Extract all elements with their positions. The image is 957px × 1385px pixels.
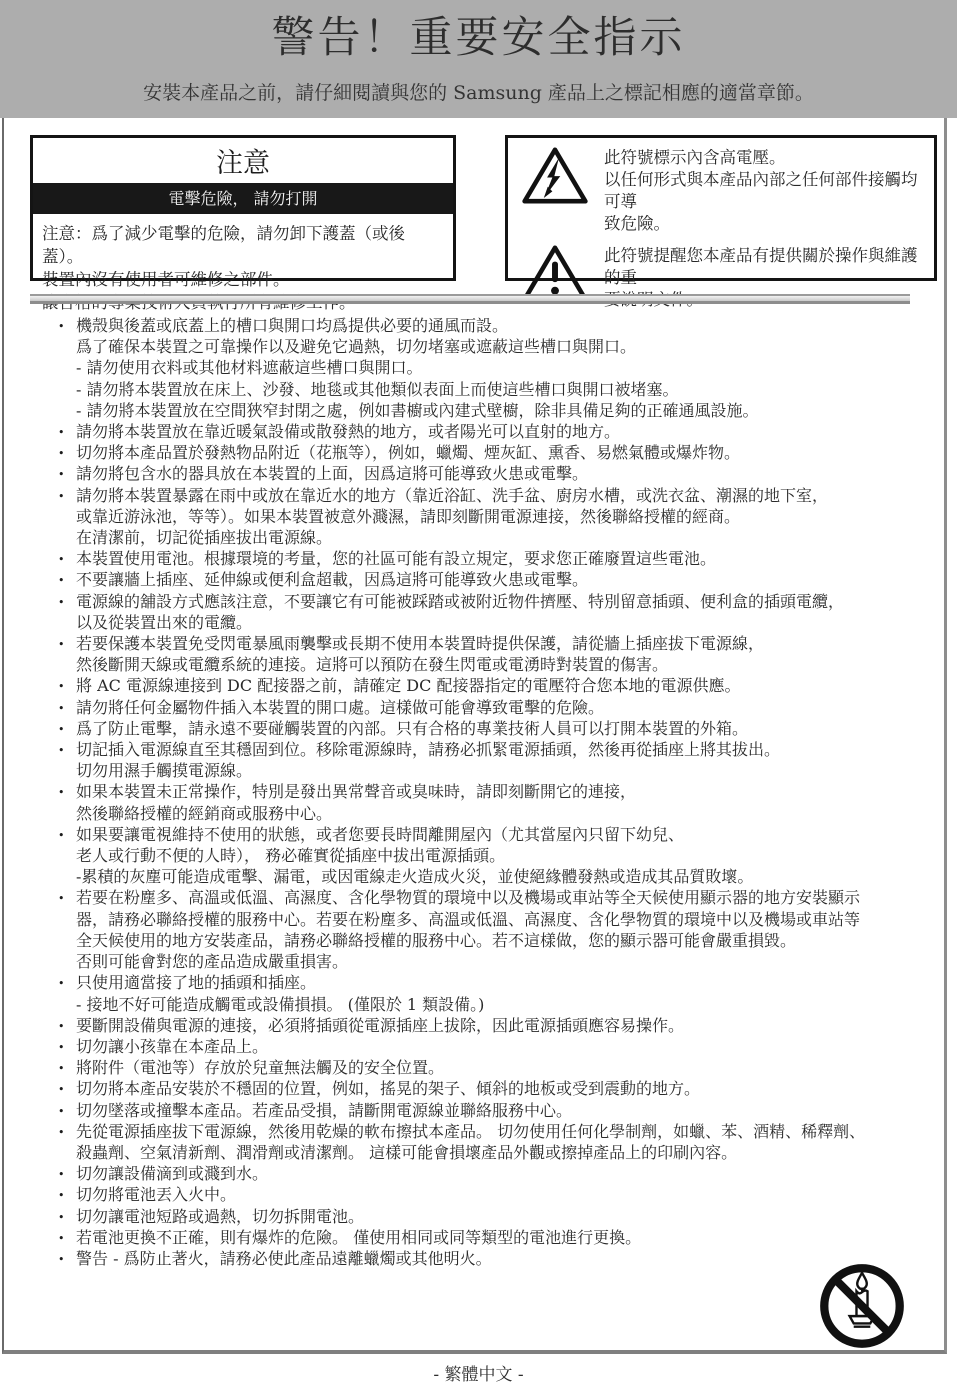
page-subtitle: 安裝本產品之前，請仔細閱讀與您的 Samsung 產品上之標記相應的適當章節。 [0,78,957,105]
list-item-text: 不要讓牆上插座、延伸線或便利盒超載，因爲這將可能導致火患或電擊。 [76,570,588,589]
list-item: •切勿墜落或撞擊本產品。若產品受損，請斷開電源線並聯絡服務中心。 [56,1100,928,1121]
section-divider [30,294,910,304]
bullet-dot: • [58,698,65,719]
list-item: 然後斷開天線或電纜系統的連接。這將可以預防在發生閃電或電湧時對裝置的傷害。 [56,654,928,675]
list-item: •切勿讓電池短路或過熱，切勿拆開電池。 [56,1206,928,1227]
symbol-line: 以任何形式與本產品內部之任何部件接觸均可導 [604,169,924,213]
list-item-text: - 請勿使用衣料或其他材料遮蔽這些槽口與開口。 [76,358,423,377]
content-frame: 注意 電擊危險， 請勿打開 注意：爲了減少電擊的危險，請勿卸下護蓋（或後蓋）。 … [2,118,947,1354]
list-item-text: 請勿將任何金屬物件插入本裝置的開口處。這樣做可能會導致電擊的危險。 [76,698,604,717]
list-item-text: 若要保護本裝置免受閃電暴風雨襲擊或長期不使用本裝置時提供保護，請從牆上插座拔下電… [76,634,764,653]
list-item-text: 然後斷開天線或電纜系統的連接。這將可以預防在發生閃電或電湧時對裝置的傷害。 [76,655,668,674]
bullet-dot: • [58,782,65,803]
list-item: - 接地不好可能造成觸電或設備損損。 (僅限於 1 類設備。) [56,994,928,1015]
list-item-text: 若電池更換不正確，則有爆炸的危險。 僅使用相同或同等類型的電池進行更換。 [76,1228,641,1247]
bullet-dot: • [58,888,65,909]
bullet-dot: • [58,825,65,846]
bullet-dot: • [58,1016,65,1037]
list-item-text: 機殼與後蓋或底蓋上的槽口與開口均爲提供必要的通風而設。 [76,316,508,335]
list-item: •不要讓牆上插座、延伸線或便利盒超載，因爲這將可能導致火患或電擊。 [56,569,928,590]
list-item: 殺蟲劑、空氣清新劑、潤滑劑或清潔劑。 這樣可能會損壞產品外觀或擦掉產品上的印刷內… [56,1142,928,1163]
list-item-text: 如果本裝置未正常操作，特別是發出異常聲音或臭味時，請即刻斷開它的連接， [76,782,636,801]
caution-line: 裝置內沒有使用者可維修之部件。 [42,268,444,291]
bullet-dot: • [58,443,65,464]
bullet-dot: • [58,1101,65,1122]
list-item: •只使用適當接了地的插頭和插座。 [56,972,928,993]
list-item-text: - 接地不好可能造成觸電或設備損損。 (僅限於 1 類設備。) [76,995,484,1014]
bullet-dot: • [58,549,65,570]
list-item-text: 在清潔前，切記從插座拔出電源線。 [76,528,332,547]
list-item-text: 切記插入電源線直至其穩固到位。移除電源線時，請務必抓緊電源插頭，然後再從插座上將… [76,740,780,759]
list-item: •爲了防止電擊，請永遠不要碰觸裝置的內部。只有合格的專業技術人員可以打開本裝置的… [56,718,928,739]
bullet-dot: • [58,973,65,994]
bullet-dot: • [58,592,65,613]
list-item-text: 爲了確保本裝置之可靠操作以及避免它過熱，切勿堵塞或遮蔽這些槽口與開口。 [76,337,636,356]
list-item: - 請勿將本裝置放在床上、沙發、地毯或其他類似表面上而使這些槽口與開口被堵塞。 [56,379,928,400]
list-item-text: 切勿讓設備滴到或濺到水。 [76,1164,268,1183]
list-item: •切勿讓設備滴到或濺到水。 [56,1163,928,1184]
list-item-text: 將 AC 電源線連接到 DC 配接器之前，請確定 DC 配接器指定的電壓符合您本… [76,676,740,695]
list-item-text: 切勿將本產品置於發熱物品附近（花瓶等），例如，蠟燭、煙灰缸、熏香、易燃氣體或爆炸… [76,443,740,462]
list-item: 全天候使用的地方安裝產品，請務必聯絡授權的服務中心。若不這樣做，您的顯示器可能會… [56,930,928,951]
bullet-dot: • [58,1079,65,1100]
bullet-dot: • [58,1207,65,1228]
symbol-line: 此符號提醒您本產品有提供關於操作與維護的重 [604,245,924,289]
list-item-text: 本裝置使用電池。根據環境的考量，您的社區可能有設立規定，要求您正確廢置這些電池。 [76,549,716,568]
bullet-dot: • [58,634,65,655]
list-item-text: 切勿用濕手觸摸電源線。 [76,761,252,780]
list-item-text: 爲了防止電擊，請永遠不要碰觸裝置的內部。只有合格的專業技術人員可以打開本裝置的外… [76,719,748,738]
list-item-text: 警告 - 爲防止著火，請務必使此產品遠離蠟燭或其他明火。 [76,1249,492,1268]
list-item: •將 AC 電源線連接到 DC 配接器之前，請確定 DC 配接器指定的電壓符合您… [56,675,928,696]
list-item-text: 請勿將包含水的器具放在本裝置的上面，因爲這將可能導致火患或電擊。 [76,464,588,483]
list-item-text: 電源線的舖設方式應該注意，不要讓它有可能被踩踏或被附近物件擠壓、特別留意插頭、便… [76,592,844,611]
list-item: •請勿將本裝置放在靠近暖氣設備或散發熱的地方，或者陽光可以直射的地方。 [56,421,928,442]
list-item: •若要在粉塵多、高溫或低溫、高濕度、含化學物質的環境中以及機場或車站等全天候使用… [56,887,928,908]
high-voltage-row: 此符號標示內含高電壓。 以任何形式與本產品內部之任何部件接觸均可導 致危險。 [522,146,924,235]
list-item: -累積的灰塵可能造成電擊、漏電，或因電線走火造成火災，並使絕緣體發熱或造成其品質… [56,866,928,887]
caution-line: 注意：爲了減少電擊的危險，請勿卸下護蓋（或後蓋）。 [42,222,444,268]
list-item: •請勿將任何金屬物件插入本裝置的開口處。這樣做可能會導致電擊的危險。 [56,697,928,718]
symbol-box: 此符號標示內含高電壓。 以任何形式與本產品內部之任何部件接觸均可導 致危險。 此… [505,135,937,281]
list-item-text: - 請勿將本裝置放在床上、沙發、地毯或其他類似表面上而使這些槽口與開口被堵塞。 [76,380,679,399]
list-item: 老人或行動不便的人時）， 務必確實從插座中拔出電源插頭。 [56,845,928,866]
list-item: •警告 - 爲防止著火，請務必使此產品遠離蠟燭或其他明火。 [56,1248,928,1269]
list-item-text: 只使用適當接了地的插頭和插座。 [76,973,316,992]
list-item-text: 切勿讓電池短路或過熱，切勿拆開電池。 [76,1207,364,1226]
list-item: •切勿讓小孩靠在本產品上。 [56,1036,928,1057]
safety-list: •機殼與後蓋或底蓋上的槽口與開口均爲提供必要的通風而設。爲了確保本裝置之可靠操作… [56,315,928,1269]
list-item: •切勿將本產品安裝於不穩固的位置，例如，搖晃的架子、傾斜的地板或受到震動的地方。 [56,1078,928,1099]
list-item: 或靠近游泳池，等等）。如果本裝置被意外濺濕，請即刻斷開電源連接，然後聯絡授權的經… [56,506,928,527]
footer-language-label: - 繁體中文 - [0,1360,957,1385]
caution-box-black-bar: 電擊危險， 請勿打開 [33,183,453,214]
list-item-text: 請勿將本裝置暴露在雨中或放在靠近水的地方（靠近浴缸、洗手盆、廚房水槽，或洗衣盆、… [76,486,828,505]
caution-box: 注意 電擊危險， 請勿打開 注意：爲了減少電擊的危險，請勿卸下護蓋（或後蓋）。 … [30,135,456,281]
list-item-text: 以及從裝置出來的電纜。 [76,613,252,632]
list-item: 爲了確保本裝置之可靠操作以及避免它過熱，切勿堵塞或遮蔽這些槽口與開口。 [56,336,928,357]
list-item-text: 如果要讓電視維持不使用的狀態，或者您要長時間離開屋內（尤其當屋內只留下幼兒、 [76,825,684,844]
list-item: •機殼與後蓋或底蓋上的槽口與開口均爲提供必要的通風而設。 [56,315,928,336]
list-item-text: -累積的灰塵可能造成電擊、漏電，或因電線走火造成火災，並使絕緣體發熱或造成其品質… [76,867,753,886]
caution-box-title: 注意 [33,138,453,183]
bullet-dot: • [58,464,65,485]
list-item-text: 切勿讓小孩靠在本產品上。 [76,1037,268,1056]
list-item: •將附件（電池等）存放於兒童無法觸及的安全位置。 [56,1057,928,1078]
list-item-text: 然後聯絡授權的經銷商或服務中心。 [76,804,332,823]
list-item: 然後聯絡授權的經銷商或服務中心。 [56,803,928,824]
list-item: 否則可能會對您的產品造成嚴重損害。 [56,951,928,972]
list-item: •切勿將本產品置於發熱物品附近（花瓶等），例如，蠟燭、煙灰缸、熏香、易燃氣體或爆… [56,442,928,463]
high-voltage-text: 此符號標示內含高電壓。 以任何形式與本產品內部之任何部件接觸均可導 致危險。 [604,146,924,235]
list-item-text: 老人或行動不便的人時）， 務必確實從插座中拔出電源插頭。 [76,846,505,865]
list-item-text: 切勿將電池丟入火中。 [76,1185,236,1204]
list-item: 以及從裝置出來的電纜。 [56,612,928,633]
header-band: 警告！重要安全指示 安裝本產品之前，請仔細閱讀與您的 Samsung 產品上之標… [0,0,957,118]
list-item-text: 將附件（電池等）存放於兒童無法觸及的安全位置。 [76,1058,444,1077]
list-item: •電源線的舖設方式應該注意，不要讓它有可能被踩踏或被附近物件擠壓、特別留意插頭、… [56,591,928,612]
bullet-dot: • [58,1164,65,1185]
list-item: •切記插入電源線直至其穩固到位。移除電源線時，請務必抓緊電源插頭，然後再從插座上… [56,739,928,760]
list-item: 器，請務必聯絡授權的服務中心。若要在粉塵多、高溫或低溫、高濕度、含化學物質的環境… [56,909,928,930]
list-item: 在清潔前，切記從插座拔出電源線。 [56,527,928,548]
bullet-dot: • [58,316,65,337]
bullet-dot: • [58,422,65,443]
list-item-text: 全天候使用的地方安裝產品，請務必聯絡授權的服務中心。若不這樣做，您的顯示器可能會… [76,931,796,950]
list-item: •請勿將本裝置暴露在雨中或放在靠近水的地方（靠近浴缸、洗手盆、廚房水槽，或洗衣盆… [56,485,928,506]
list-item-text: 若要在粉塵多、高溫或低溫、高濕度、含化學物質的環境中以及機場或車站等全天候使用顯… [76,888,860,907]
list-item-text: 否則可能會對您的產品造成嚴重損害。 [76,952,348,971]
bullet-dot: • [58,1249,65,1270]
list-item: •切勿將電池丟入火中。 [56,1184,928,1205]
bullet-dot: • [58,1058,65,1079]
list-item: •要斷開設備與電源的連接，必須將插頭從電源插座上拔除，因此電源插頭應容易操作。 [56,1015,928,1036]
list-item-text: 或靠近游泳池，等等）。如果本裝置被意外濺濕，請即刻斷開電源連接，然後聯絡授權的經… [76,507,740,526]
list-item-text: 要斷開設備與電源的連接，必須將插頭從電源插座上拔除，因此電源插頭應容易操作。 [76,1016,684,1035]
page-title: 警告！重要安全指示 [0,4,957,65]
symbol-line: 致危險。 [604,213,924,235]
bullet-dot: • [58,486,65,507]
list-item-text: 切勿墜落或撞擊本產品。若產品受損，請斷開電源線並聯絡服務中心。 [76,1101,572,1120]
no-open-flame-icon [816,1260,908,1352]
list-item: •如果本裝置未正常操作，特別是發出異常聲音或臭味時，請即刻斷開它的連接， [56,781,928,802]
list-item: - 請勿使用衣料或其他材料遮蔽這些槽口與開口。 [56,357,928,378]
list-item: •若要保護本裝置免受閃電暴風雨襲擊或長期不使用本裝置時提供保護，請從牆上插座拔下… [56,633,928,654]
list-item-text: 請勿將本裝置放在靠近暖氣設備或散發熱的地方，或者陽光可以直射的地方。 [76,422,620,441]
list-item: 切勿用濕手觸摸電源線。 [56,760,928,781]
bullet-dot: • [58,1228,65,1249]
list-item-text: - 請勿將本裝置放在空間狹窄封閉之處，例如書櫥或內建式壁櫥，除非具備足夠的正確通… [76,401,759,420]
list-item: •請勿將包含水的器具放在本裝置的上面，因爲這將可能導致火患或電擊。 [56,463,928,484]
list-item-text: 先從電源插座拔下電源線，然後用乾燥的軟布擦拭本產品。 切勿使用任何化學制劑，如蠟… [76,1122,865,1141]
bullet-dot: • [58,1122,65,1143]
bullet-dot: • [58,1185,65,1206]
high-voltage-triangle-icon [522,146,588,205]
list-item: •若電池更換不正確，則有爆炸的危險。 僅使用相同或同等類型的電池進行更換。 [56,1227,928,1248]
bullet-dot: • [58,570,65,591]
list-item: •先從電源插座拔下電源線，然後用乾燥的軟布擦拭本產品。 切勿使用任何化學制劑，如… [56,1121,928,1142]
list-item-text: 器，請務必聯絡授權的服務中心。若要在粉塵多、高溫或低溫、高濕度、含化學物質的環境… [76,910,860,929]
bullet-dot: • [58,676,65,697]
bullet-dot: • [58,719,65,740]
list-item-text: 殺蟲劑、空氣清新劑、潤滑劑或清潔劑。 這樣可能會損壞產品外觀或擦掉產品上的印刷內… [76,1143,737,1162]
list-item: - 請勿將本裝置放在空間狹窄封閉之處，例如書櫥或內建式壁櫥，除非具備足夠的正確通… [56,400,928,421]
list-item-text: 切勿將本產品安裝於不穩固的位置，例如，搖晃的架子、傾斜的地板或受到震動的地方。 [76,1079,700,1098]
bullet-dot: • [58,740,65,761]
symbol-line: 此符號標示內含高電壓。 [604,147,924,169]
list-item: •如果要讓電視維持不使用的狀態，或者您要長時間離開屋內（尤其當屋內只留下幼兒、 [56,824,928,845]
list-item: •本裝置使用電池。根據環境的考量，您的社區可能有設立規定，要求您正確廢置這些電池… [56,548,928,569]
bullet-dot: • [58,1037,65,1058]
